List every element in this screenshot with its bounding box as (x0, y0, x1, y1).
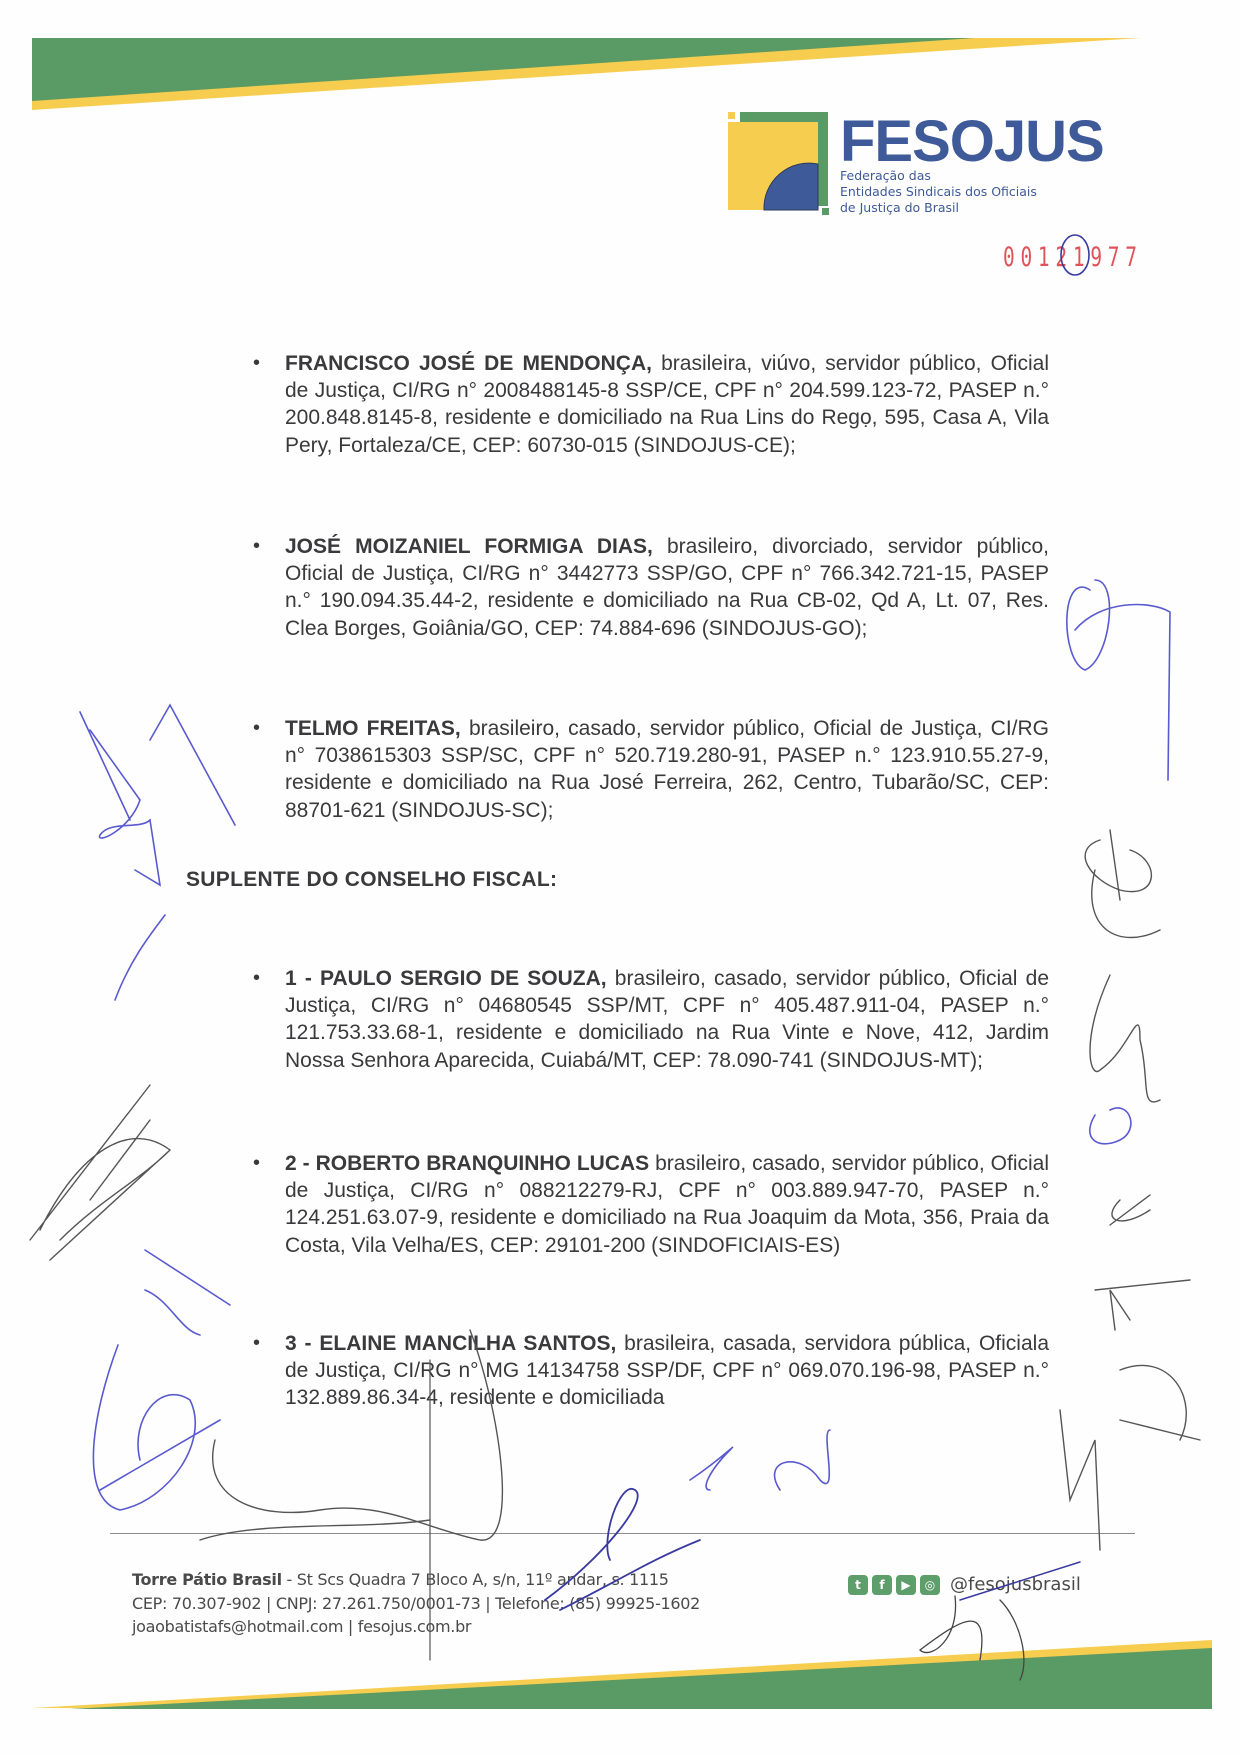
signature-mark (1110, 1195, 1150, 1225)
page-number-stamp: 00121977 (1003, 242, 1143, 273)
footer-address: Torre Pátio Brasil - St Scs Quadra 7 Blo… (132, 1568, 700, 1639)
signature-mark (1095, 1280, 1190, 1330)
signature-mark (1060, 1365, 1200, 1550)
bullet-icon: • (253, 965, 260, 992)
social-handle[interactable]: @fesojusbrasil (950, 1574, 1081, 1595)
member-entry: • FRANCISCO JOSÉ DE MENDONÇA, brasileira… (285, 350, 1049, 459)
footer-street: - St Scs Quadra 7 Bloco A, s/n, 11º anda… (282, 1570, 669, 1589)
signature-mark (1085, 830, 1160, 938)
footer-yellow-stripe (32, 1640, 1212, 1709)
brand-subtitle-line: Federação das (840, 168, 1037, 184)
signature-mark (920, 1596, 1024, 1680)
brand-subtitle-line: de Justiça do Brasil (840, 200, 1037, 216)
member-entry: • 1 - PAULO SERGIO DE SOUZA, brasileiro,… (285, 965, 1049, 1074)
member-name: JOSÉ MOIZANIEL FORMIGA DIAS, (285, 535, 653, 558)
footer-contact-line[interactable]: joaobatistafs@hotmail.com | fesojus.com.… (132, 1615, 700, 1639)
signature-mark (93, 1345, 220, 1510)
instagram-icon[interactable]: ◎ (920, 1575, 940, 1595)
signature-mark (80, 705, 235, 885)
footer-divider (110, 1533, 1135, 1534)
member-name: 2 - ROBERTO BRANQUINHO LUCAS (285, 1152, 649, 1175)
signature-mark (690, 1430, 830, 1490)
member-entry: • JOSÉ MOIZANIEL FORMIGA DIAS, brasileir… (285, 533, 1049, 642)
member-name: 3 - ELAINE MANCILHA SANTOS, (285, 1332, 616, 1355)
fesojus-logo: FESOJUS Federação das Entidades Sindicai… (728, 112, 1108, 212)
footer-registration-line: CEP: 70.307-902 | CNPJ: 27.261.750/0001-… (132, 1592, 700, 1616)
footer-green-stripe (70, 1648, 1212, 1709)
signature-mark (30, 1085, 170, 1260)
section-heading: SUPLENTE DO CONSELHO FISCAL: (186, 868, 557, 892)
footer-building: Torre Pátio Brasil (132, 1570, 282, 1589)
member-entry: • TELMO FREITAS, brasileiro, casado, ser… (285, 715, 1049, 824)
bullet-icon: • (253, 533, 260, 560)
youtube-icon[interactable]: ▶ (896, 1575, 916, 1595)
footer-address-line: Torre Pátio Brasil - St Scs Quadra 7 Blo… (132, 1568, 700, 1592)
signature-mark (1067, 580, 1170, 780)
brand-subtitle-line: Entidades Sindicais dos Oficiais (840, 184, 1037, 200)
bullet-icon: • (253, 1330, 260, 1357)
twitter-icon[interactable]: t (848, 1575, 868, 1595)
social-links: t f ▶ ◎ @fesojusbrasil (848, 1574, 1081, 1595)
logo-mark-icon (728, 112, 833, 217)
bullet-icon: • (253, 715, 260, 742)
signature-mark (145, 1250, 230, 1335)
member-name: TELMO FREITAS, (285, 717, 461, 740)
bullet-icon: • (253, 350, 260, 377)
bullet-icon: • (253, 1150, 260, 1177)
signature-mark (115, 915, 165, 1000)
member-entry: • 2 - ROBERTO BRANQUINHO LUCAS brasileir… (285, 1150, 1049, 1259)
signature-mark (1090, 1108, 1131, 1144)
brand-name: FESOJUS (840, 112, 1104, 172)
brand-subtitle: Federação das Entidades Sindicais dos Of… (840, 168, 1037, 216)
member-name: FRANCISCO JOSÉ DE MENDONÇA, (285, 352, 652, 375)
top-banner (0, 0, 1240, 120)
member-entry: • 3 - ELAINE MANCILHA SANTOS, brasileira… (285, 1330, 1049, 1412)
member-name: 1 - PAULO SERGIO DE SOUZA, (285, 967, 607, 990)
facebook-icon[interactable]: f (872, 1575, 892, 1595)
signature-mark (1090, 975, 1160, 1102)
